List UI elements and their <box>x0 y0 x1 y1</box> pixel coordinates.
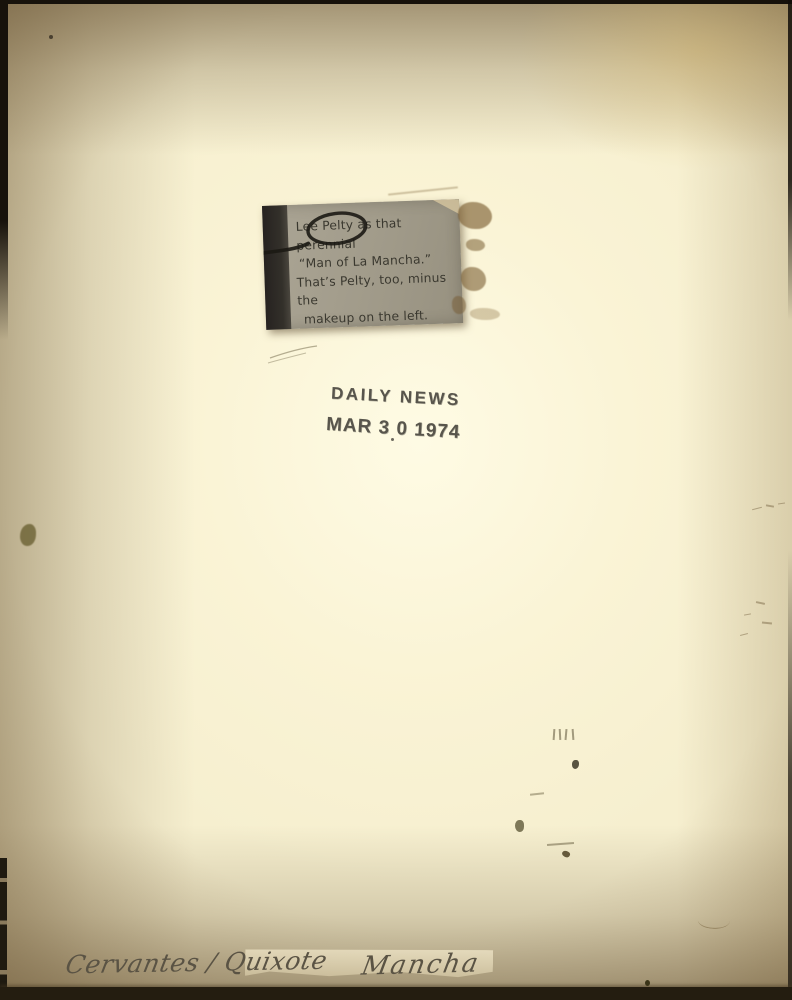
photo-verso-scan: Lee Pelty as that perennial “Man of La M… <box>0 0 792 1000</box>
speck-stain <box>49 35 53 39</box>
clipping-black-bar <box>262 205 291 330</box>
ink-stain <box>20 524 36 546</box>
glue-stain <box>466 239 485 251</box>
news-clipping: Lee Pelty as that perennial “Man of La M… <box>262 199 463 330</box>
glue-stain <box>461 267 486 291</box>
speck-stain <box>645 980 650 986</box>
scratch-mark <box>697 910 731 931</box>
clipping-caption-text: Lee Pelty as that perennial “Man of La M… <box>294 212 458 329</box>
caption-line-4: makeup on the left. <box>304 305 459 329</box>
caption-line-3: That’s Pelty, too, minus the <box>296 268 457 311</box>
scan-edge-bottom <box>0 987 792 1000</box>
ink-stain <box>515 820 524 832</box>
scan-edge-left-top <box>0 0 8 340</box>
daily-news-stamp-line1: DAILY NEWS <box>331 384 462 411</box>
glue-stain <box>458 202 492 229</box>
stamp-ink-dot <box>391 438 394 441</box>
scratch-marks-right <box>750 502 786 516</box>
scan-edge-right <box>788 0 792 1000</box>
scan-edge-left-bottom <box>0 858 7 1000</box>
scratch-marks-right <box>736 600 780 644</box>
ink-stain <box>561 849 571 858</box>
caption-line-1: Lee Pelty as that perennial <box>295 212 455 255</box>
scan-edge-top <box>0 0 792 4</box>
handwritten-caption-right: Mancha <box>359 948 482 981</box>
pencil-dash <box>547 842 574 846</box>
ink-spot <box>572 760 579 769</box>
glue-stain <box>470 308 500 320</box>
scuff-mark <box>388 186 458 195</box>
handwritten-caption-left: Cervantes / Quixote <box>63 946 330 980</box>
glue-stain <box>452 296 466 314</box>
pencil-dash <box>530 792 544 795</box>
pencil-scratch-marks <box>262 340 342 366</box>
scratch-ticks <box>553 729 577 743</box>
